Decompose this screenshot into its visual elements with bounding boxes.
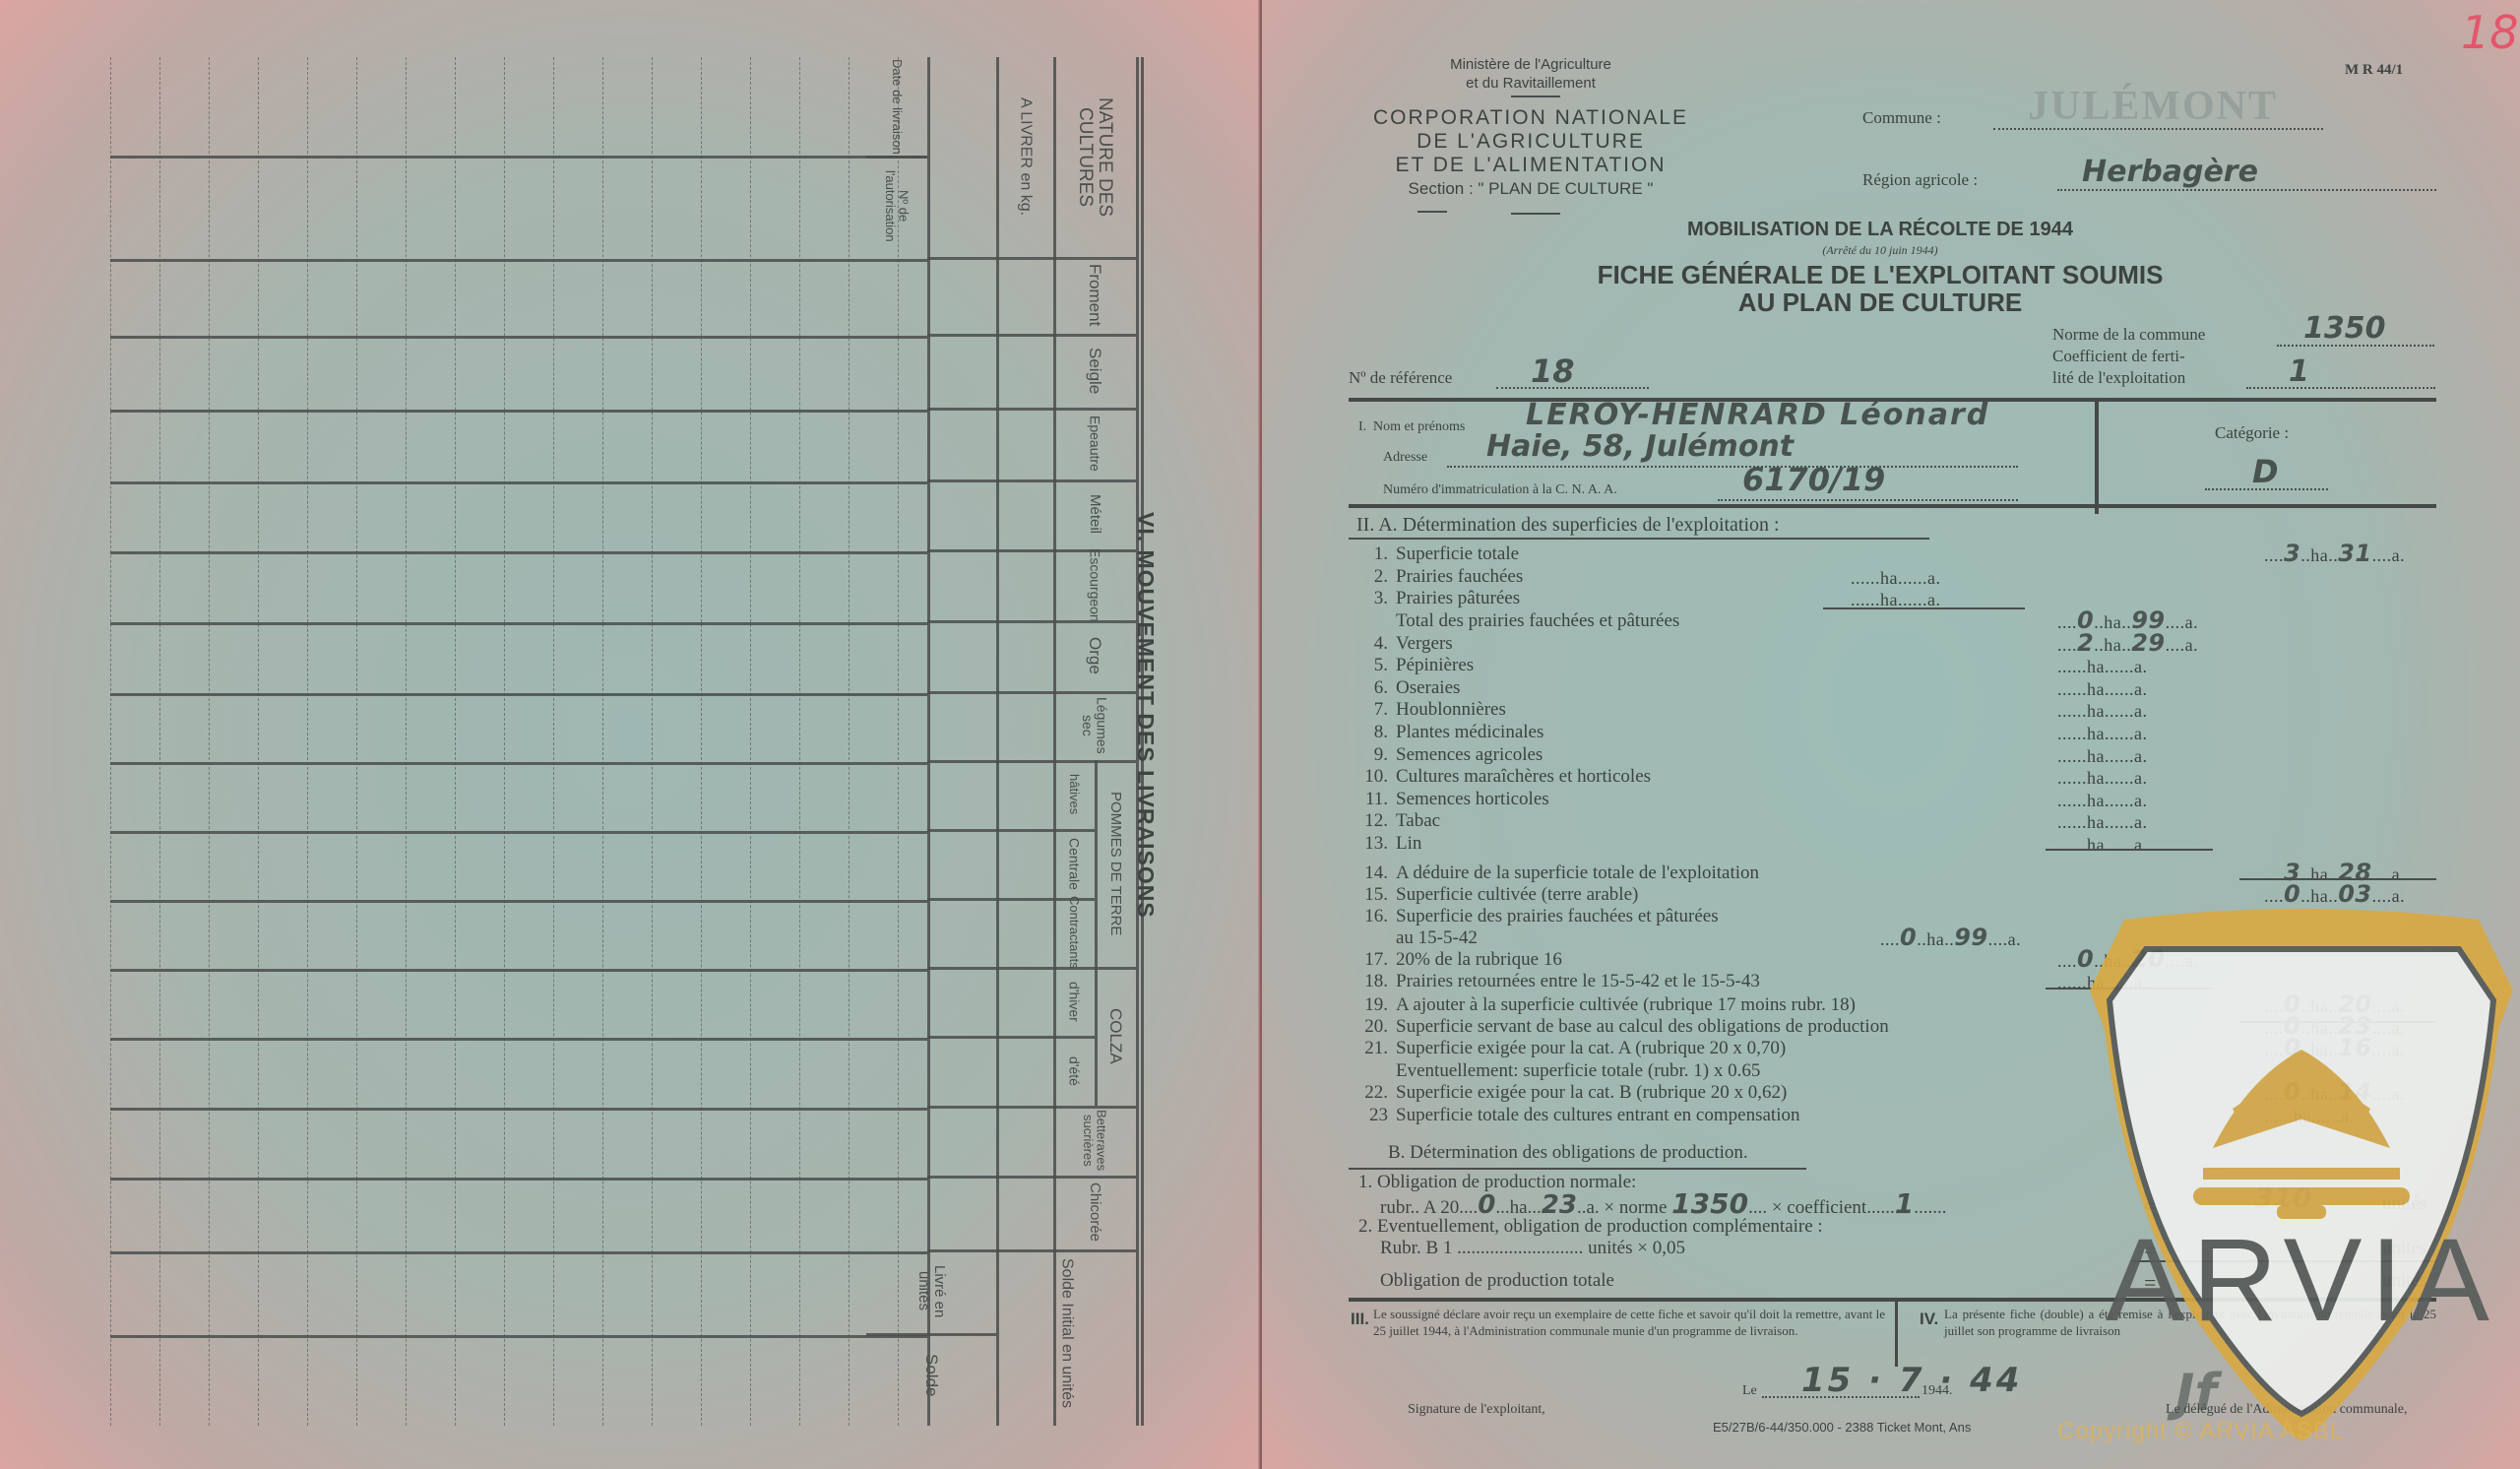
nom-label: Nom et prénoms [1373,417,1465,436]
coef-label-2: lité de l'exploitation [2052,368,2185,388]
adresse-value: Haie, 58, Julémont [1486,429,1794,464]
superficie-item: 7.Houblonnières [1358,699,1506,721]
coef-label-1: Coefficient de ferti- [2052,347,2185,366]
superficie-item: 11.Semences horticoles [1358,789,1549,810]
header-a-livrer: A LIVRER en kg. [996,57,1053,257]
adresse-label: Adresse [1383,448,1427,467]
region-label: Région agricole : [1862,170,1978,190]
culture-escourgeon: Escourgeon [1053,549,1136,620]
superficie-item: 10.Cultures maraîchères et horticoles [1358,766,1651,788]
superficie-item: 15.Superficie cultivée (terre arable) [1358,884,1638,906]
nom-value: LEROY-HENRARD Léonard [1526,398,1989,432]
culture-pdt-centrale: Centrale [1053,829,1095,898]
section-iii-num: III. [1351,1309,1369,1329]
section-vi-title: VI. MOUVEMENT DES LIVRAISONS [1132,512,1159,919]
culture-meteil: Méteil [1053,479,1136,549]
superficie-item: 21.Superficie exigée pour la cat. A (rub… [1358,1038,1786,1059]
culture-colza-ete: d'été [1053,1036,1095,1106]
superficie-item-continuation: au 15-5-42 [1396,927,1478,949]
ministry-header: Ministère de l'Agriculture et du Ravitai… [1368,55,1693,93]
delivery-grid [110,57,927,1426]
superficie-item: 5.Pépinières [1358,655,1474,676]
superficie-item: 2.Prairies fauchées [1358,566,1523,588]
superficie-item: Total des prairies fauchées et pâturées [1358,610,1679,632]
culture-froment: Froment [1053,257,1136,334]
title-fiche-generale: FICHE GÉNÉRALE DE L'EXPLOITANT SOUMIS AU… [1319,261,2441,316]
culture-betteraves: Betteraves sucrières [1053,1106,1136,1176]
norme-value: 1350 [2303,311,2386,346]
superficie-item: 6.Oseraies [1358,677,1460,699]
superficie-item: 14.A déduire de la superficie totale de … [1358,862,1759,884]
obligation-2-label: 2. Eventuellement, obligation de product… [1358,1216,1823,1238]
norme-label: Norme de la commune [2052,325,2205,345]
superficie-item: 17.20% de la rubrique 16 [1358,949,1562,971]
area-value-field[interactable]: ....0..ha..99....a. [1880,924,2021,951]
title-arrete: (Arrêté du 10 juin 1944) [1319,243,2441,258]
header-solde: Solde [866,1333,996,1417]
printer-code: E5/27B/6-44/350.000 - 2388 Ticket Mont, … [1713,1420,1971,1435]
group-pommes-de-terre: POMMES DE TERRE [1095,760,1136,967]
obligation-total-label: Obligation de production totale [1380,1270,1614,1292]
superficie-item: 20.Superficie servant de base au calcul … [1358,1016,1889,1038]
superficie-item: 13.Lin [1358,833,1421,855]
culture-chicoree: Chicorée [1053,1176,1136,1249]
section-iii-text: Le soussigné déclare avoir reçu un exemp… [1373,1306,1885,1339]
superficie-item: 4.Vergers [1358,633,1453,655]
red-handwritten-number: 18 [2461,6,2519,59]
obligation-2-formula: Rubr. B 1 ........................... un… [1380,1238,1685,1259]
header-no-autorisation: Nº de l'autorisation [866,156,927,257]
group-colza: COLZA [1095,967,1136,1106]
copyright-watermark: Copyright © ARVIA ASBL [2057,1418,2344,1445]
superficie-item: 19.A ajouter à la superficie cultivée (r… [1358,994,1856,1016]
superficie-item: 22.Superficie exigée pour la cat. B (rub… [1358,1082,1787,1104]
region-value: Herbagère [2082,155,2258,189]
corporation-header: CORPORATION NATIONALE DE L'AGRICULTURE E… [1339,106,1723,201]
commune-label: Commune : [1862,108,1941,128]
area-value-field[interactable]: ....3..ha..31....a. [2264,540,2405,567]
superficie-item: 23Superficie totale des cultures entrant… [1358,1105,1799,1126]
culture-seigle: Seigle [1053,334,1136,408]
area-value-field[interactable]: ......ha......a. [2057,829,2148,857]
coef-value: 1 [2289,354,2309,389]
header-nature-cultures: NATURE DES CULTURES [1053,57,1136,257]
immat-value: 6170/19 [1742,461,1885,498]
culture-pdt-contractants: Contractants [1053,898,1095,967]
superficie-item: 16.Superficie des prairies fauchées et p… [1358,906,1719,927]
date-value: 15 · 7 · 44 [1801,1361,2022,1400]
culture-orge: Orge [1053,620,1136,691]
categorie-value: D [2252,453,2279,490]
culture-colza-hiver: d'hiver [1053,967,1095,1036]
ref-label: Nº de référence [1349,368,1452,388]
form-code: M R 44/1 [2345,62,2403,79]
header-date-livraison: Date de livraison [866,57,927,156]
left-page-delivery-table: Date de livraison Nº de l'autorisation A… [0,0,1262,1469]
superficie-item: 3.Prairies pâturées [1358,588,1520,609]
superficie-item: Eventuellement: superficie totale (rubr.… [1358,1060,1760,1082]
categorie-label: Catégorie : [2215,423,2289,443]
header-livre: Livré en unités [866,1249,996,1333]
culture-pdt-hatives: hâtives [1053,760,1095,829]
obligation-1-label: 1. Obligation de production normale: [1358,1172,1636,1193]
culture-legumes-sec: Légumes sec [1053,691,1136,760]
title-mobilisation: MOBILISATION DE LA RÉCOLTE DE 1944 [1319,219,2441,241]
section-iia-title: II. A. Détermination des superficies de … [1356,514,1780,537]
immat-label: Numéro d'immatriculation à la C. N. A. A… [1383,480,1617,499]
section-i-num: I. [1358,417,1366,436]
superficie-item: 9.Semences agricoles [1358,744,1543,766]
ref-value: 18 [1531,352,1575,390]
superficie-item: 12.Tabac [1358,810,1440,832]
arvia-text: ARVIA [2106,1214,2497,1346]
section-plan-culture: Section : " PLAN DE CULTURE " [1339,177,1723,201]
commune-stamp: JULÉMONT [2028,83,2278,130]
superficie-item: 18.Prairies retournées entre le 15-5-42 … [1358,971,1760,992]
delivery-headers: Date de livraison Nº de l'autorisation A… [927,57,1152,1426]
section-iib-title: B. Détermination des obligations de prod… [1388,1142,1748,1164]
culture-epeautre: Epeautre [1053,408,1136,479]
superficie-item: 1.Superficie totale [1358,543,1519,565]
arvia-shield-logo: ARVIA [2085,902,2518,1453]
signature-exploitant-label: Signature de l'exploitant, [1408,1400,1545,1419]
superficie-item: 8.Plantes médicinales [1358,722,1543,743]
section-iv-num: IV. [1920,1309,1938,1329]
header-solde-initial: Solde Initial en unités [996,1249,1136,1417]
